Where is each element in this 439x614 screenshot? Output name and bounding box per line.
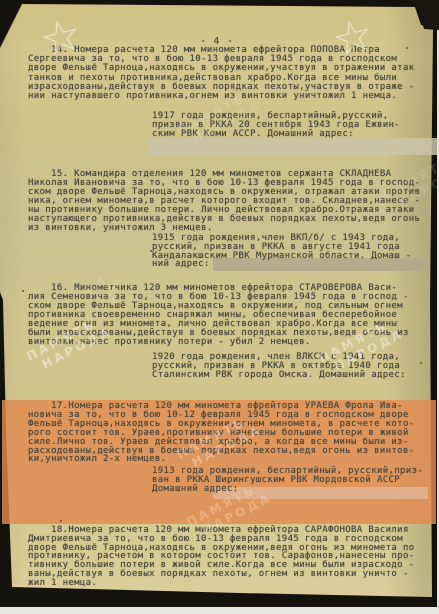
paper-speck <box>22 290 24 292</box>
entry-15-bio: 1915 года рождения,член ВКП/б/ с 1943 го… <box>152 234 412 269</box>
typewriter-line: жил 1 немца. <box>28 579 415 588</box>
entry-15-body: 15. Командира отделения 120 мм минометов… <box>28 170 420 233</box>
scanned-document-page: - 4 - 14. Номера расчета 120 мм миномета… <box>0 0 439 614</box>
typewriter-line: Сталинским РВК города Омска. Домашний ад… <box>152 371 406 380</box>
typewriter-line: Домашний адрес: <box>152 485 423 494</box>
typewriter-line: ний адрес: <box>152 260 412 269</box>
paper-speck <box>406 47 408 49</box>
entry-18-body: 18.Номера расчета 120 мм миномета ефрейт… <box>28 526 415 588</box>
paper-speck <box>60 520 62 522</box>
typewriter-line: ки,уничтожил 2-х немцев. <box>28 455 415 464</box>
paper-speck <box>420 362 422 364</box>
paper-speck <box>150 250 152 252</box>
typewriter-line: из винтовки, уничтожил 3 немцев. <box>28 224 420 233</box>
